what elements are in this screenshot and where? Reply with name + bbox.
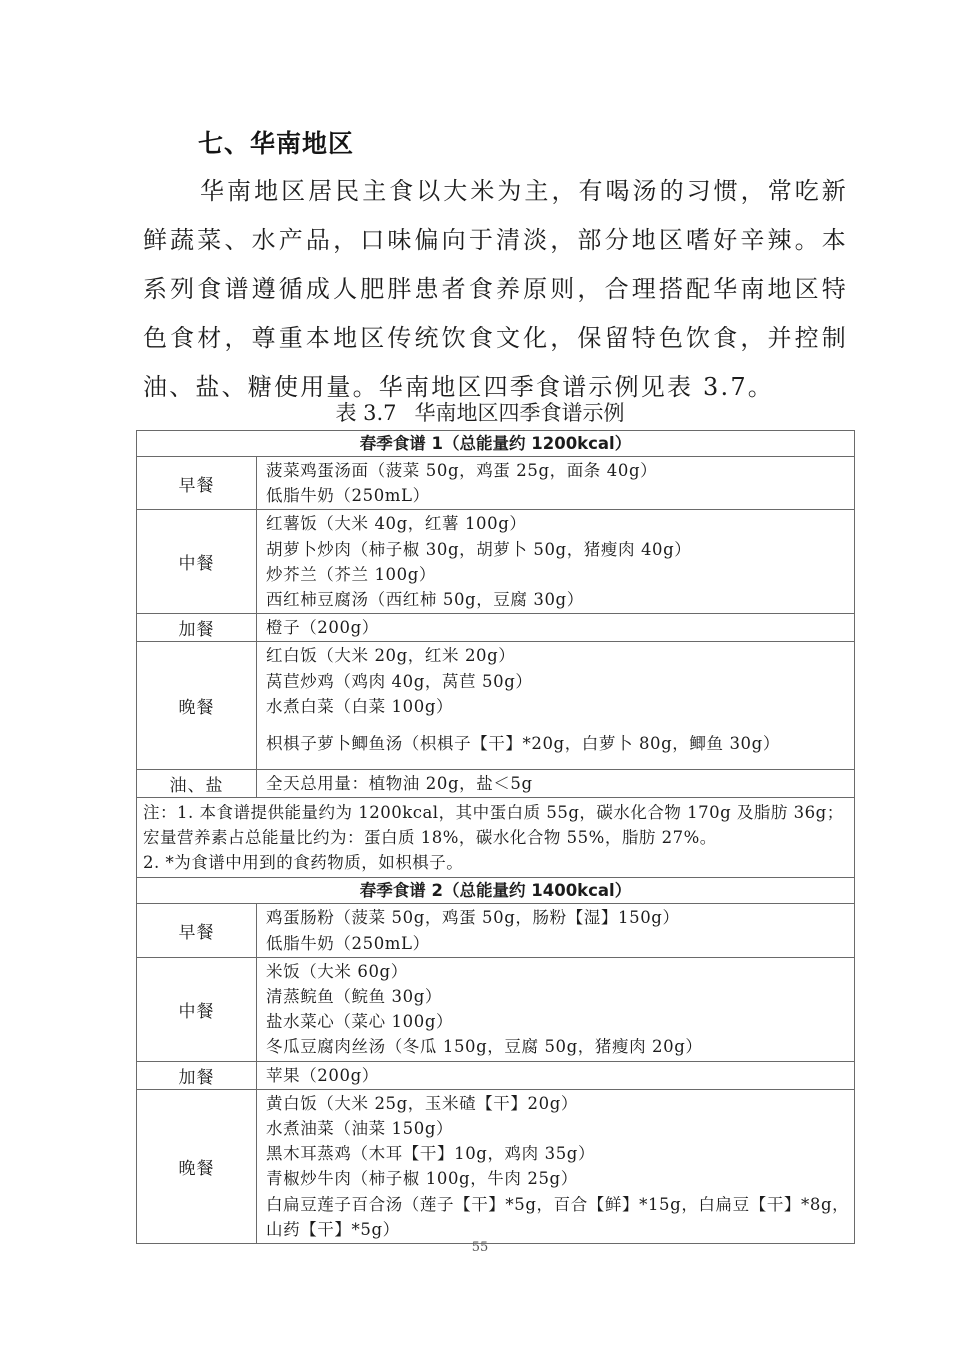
meal-label: 晚餐 [137, 1089, 257, 1243]
dish-list: 全天总用量：植物油 20g，盐＜5g [257, 770, 855, 798]
dish-item: 清蒸鲩鱼（鲩鱼 30g） [266, 984, 854, 1009]
dish-item: 鸡蛋肠粉（菠菜 50g，鸡蛋 50g，肠粉【湿】150g） [266, 905, 854, 930]
dish-item: 炒芥兰（芥兰 100g） [266, 562, 854, 587]
menu-notes: 注：1. 本食谱提供能量约为 1200kcal，其中蛋白质 55g，碳水化合物 … [137, 798, 855, 878]
document-page: 七、华南地区 华南地区居民主食以大米为主，有喝汤的习惯，常吃新鲜蔬菜、水产品，口… [0, 0, 960, 1356]
dish-item: 莴苣炒鸡（鸡肉 40g，莴苣 50g） [266, 669, 854, 694]
meal-row-oil-salt: 油、盐 全天总用量：植物油 20g，盐＜5g [137, 770, 855, 798]
meal-row-breakfast: 早餐 菠菜鸡蛋汤面（菠菜 50g，鸡蛋 25g，面条 40g） 低脂牛奶（250… [137, 457, 855, 510]
meal-label: 中餐 [137, 510, 257, 614]
table-caption-title: 华南地区四季食谱示例 [415, 401, 625, 425]
section-heading: 七、华南地区 [198, 124, 354, 164]
menu-title-row: 春季食谱 2（总能量约 1400kcal） [137, 878, 855, 904]
note-line: 2. *为食谱中用到的食药物质，如枳椇子。 [143, 850, 848, 875]
dish-item: 西红柿豆腐汤（西红柿 50g，豆腐 30g） [266, 587, 854, 612]
dish-item: 水煮白菜（白菜 100g） [266, 694, 854, 719]
meal-label: 加餐 [137, 614, 257, 642]
menu-notes-row: 注：1. 本食谱提供能量约为 1200kcal，其中蛋白质 55g，碳水化合物 … [137, 798, 855, 878]
dish-list: 红白饭（大米 20g，红米 20g） 莴苣炒鸡（鸡肉 40g，莴苣 50g） 水… [257, 642, 855, 770]
dish-list: 菠菜鸡蛋汤面（菠菜 50g，鸡蛋 25g，面条 40g） 低脂牛奶（250mL） [257, 457, 855, 510]
menu-title: 春季食谱 1（总能量约 1200kcal） [137, 431, 855, 457]
dish-item: 橙子（200g） [266, 615, 854, 640]
dish-item: 黑木耳蒸鸡（木耳【干】10g，鸡肉 35g） [266, 1141, 854, 1166]
dish-item: 枳椇子萝卜鲫鱼汤（枳椇子【干】*20g，白萝卜 80g，鲫鱼 30g） [266, 731, 854, 756]
dish-item: 红薯饭（大米 40g，红薯 100g） [266, 511, 854, 536]
note-line: 注：1. 本食谱提供能量约为 1200kcal，其中蛋白质 55g，碳水化合物 … [143, 800, 848, 850]
meal-row-snack: 加餐 苹果（200g） [137, 1061, 855, 1089]
page-number: 55 [0, 1240, 960, 1255]
dish-item: 低脂牛奶（250mL） [266, 931, 854, 956]
meal-row-dinner: 晚餐 黄白饭（大米 25g，玉米碴【干】20g） 水煮油菜（油菜 150g） 黑… [137, 1089, 855, 1243]
meal-label: 中餐 [137, 957, 257, 1061]
menu-title-row: 春季食谱 1（总能量约 1200kcal） [137, 431, 855, 457]
dish-list: 苹果（200g） [257, 1061, 855, 1089]
dish-item: 红白饭（大米 20g，红米 20g） [266, 643, 854, 668]
dish-list: 橙子（200g） [257, 614, 855, 642]
dish-item: 菠菜鸡蛋汤面（菠菜 50g，鸡蛋 25g，面条 40g） [266, 458, 854, 483]
dish-item: 米饭（大米 60g） [266, 959, 854, 984]
meal-row-dinner: 晚餐 红白饭（大米 20g，红米 20g） 莴苣炒鸡（鸡肉 40g，莴苣 50g… [137, 642, 855, 770]
dish-item: 黄白饭（大米 25g，玉米碴【干】20g） [266, 1091, 854, 1116]
dish-item: 全天总用量：植物油 20g，盐＜5g [266, 771, 854, 796]
meal-row-snack: 加餐 橙子（200g） [137, 614, 855, 642]
dish-item: 白扁豆莲子百合汤（莲子【干】*5g，百合【鲜】*15g，白扁豆【干】*8g，山药… [266, 1192, 854, 1242]
meal-row-lunch: 中餐 米饭（大米 60g） 清蒸鲩鱼（鲩鱼 30g） 盐水菜心（菜心 100g）… [137, 957, 855, 1061]
dish-list: 黄白饭（大米 25g，玉米碴【干】20g） 水煮油菜（油菜 150g） 黑木耳蒸… [257, 1089, 855, 1243]
table-caption-number: 表 3.7 [335, 401, 396, 425]
seasonal-menu-table: 春季食谱 1（总能量约 1200kcal） 早餐 菠菜鸡蛋汤面（菠菜 50g，鸡… [136, 430, 855, 1244]
dish-item: 低脂牛奶（250mL） [266, 483, 854, 508]
dish-item: 胡萝卜炒肉（柿子椒 30g，胡萝卜 50g，猪瘦肉 40g） [266, 537, 854, 562]
dish-list: 鸡蛋肠粉（菠菜 50g，鸡蛋 50g，肠粉【湿】150g） 低脂牛奶（250mL… [257, 904, 855, 957]
meal-label: 晚餐 [137, 642, 257, 770]
meal-label: 早餐 [137, 904, 257, 957]
dish-list: 米饭（大米 60g） 清蒸鲩鱼（鲩鱼 30g） 盐水菜心（菜心 100g） 冬瓜… [257, 957, 855, 1061]
meal-row-breakfast: 早餐 鸡蛋肠粉（菠菜 50g，鸡蛋 50g，肠粉【湿】150g） 低脂牛奶（25… [137, 904, 855, 957]
table-caption: 表 3.7华南地区四季食谱示例 [0, 398, 960, 428]
dish-item: 水煮油菜（油菜 150g） [266, 1116, 854, 1141]
meal-row-lunch: 中餐 红薯饭（大米 40g，红薯 100g） 胡萝卜炒肉（柿子椒 30g，胡萝卜… [137, 510, 855, 614]
dish-item: 苹果（200g） [266, 1063, 854, 1088]
intro-paragraph: 华南地区居民主食以大米为主，有喝汤的习惯，常吃新鲜蔬菜、水产品，口味偏向于清淡，… [143, 167, 848, 412]
meal-label: 加餐 [137, 1061, 257, 1089]
dish-item: 盐水菜心（菜心 100g） [266, 1009, 854, 1034]
meal-label: 油、盐 [137, 770, 257, 798]
dish-item: 冬瓜豆腐肉丝汤（冬瓜 150g，豆腐 50g，猪瘦肉 20g） [266, 1034, 854, 1059]
dish-list: 红薯饭（大米 40g，红薯 100g） 胡萝卜炒肉（柿子椒 30g，胡萝卜 50… [257, 510, 855, 614]
dish-item: 青椒炒牛肉（柿子椒 100g，牛肉 25g） [266, 1166, 854, 1191]
meal-label: 早餐 [137, 457, 257, 510]
menu-title: 春季食谱 2（总能量约 1400kcal） [137, 878, 855, 904]
